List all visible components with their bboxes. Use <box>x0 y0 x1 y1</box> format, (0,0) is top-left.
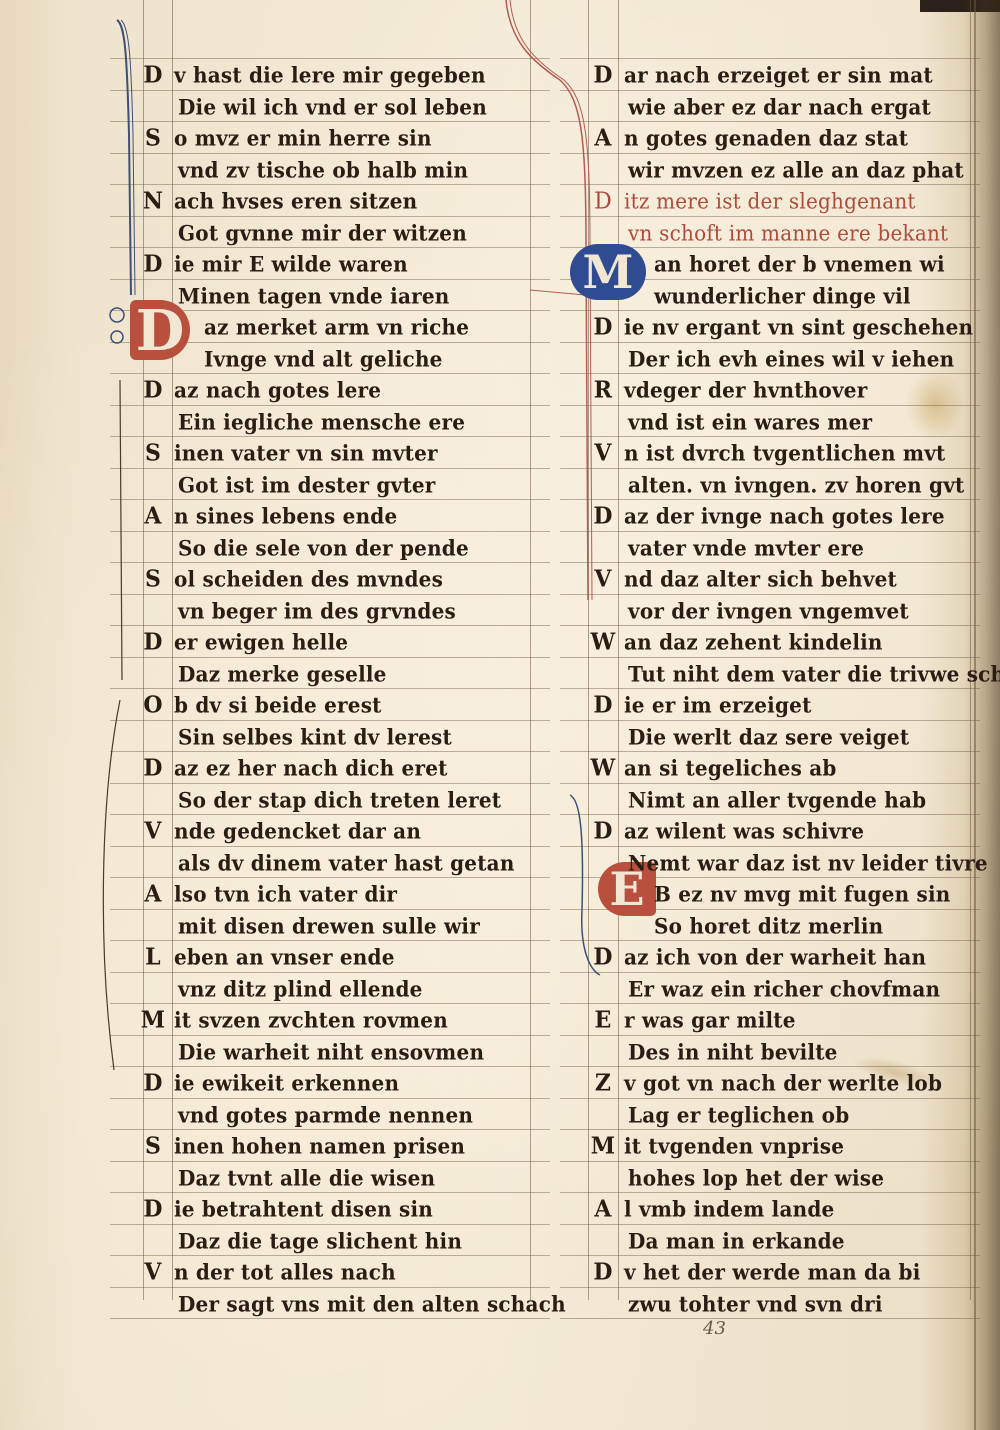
verse-text: lso tvn ich vater dir <box>174 878 397 911</box>
verse-line: Rvdeger der hvnthover <box>588 374 978 407</box>
verse-text: az ez her nach dich eret <box>174 752 448 785</box>
verse-text: wunderlicher dinge vil <box>654 280 911 313</box>
verse-text: zwu tohter vnd svn dri <box>628 1288 883 1321</box>
verse-line: vn schoft im manne ere bekant <box>588 217 978 250</box>
verse-text: vnd gotes parmde nennen <box>178 1099 473 1132</box>
verse-text: n ist dvrch tvgentlichen mvt <box>624 437 946 470</box>
verse-text: alten. vn ivngen. zv horen gvt <box>628 469 964 502</box>
verse-line: Sinen hohen namen prisen <box>138 1130 588 1163</box>
verse-line: Vn der tot alles nach <box>138 1256 588 1289</box>
line-initial: D <box>138 59 168 92</box>
verse-line: Leben an vnser ende <box>138 941 588 974</box>
verse-line: Ob dv si beide erest <box>138 689 588 722</box>
right-text-column: Dar nach erzeiget er sin matwie aber ez … <box>588 60 978 1320</box>
verse-line: alten. vn ivngen. zv horen gvt <box>588 469 978 502</box>
line-initial: Z <box>588 1067 618 1100</box>
verse-text: vnd zv tische ob halb min <box>178 154 468 187</box>
line-initial: V <box>588 437 618 470</box>
verse-line: Daz der ivnge nach gotes lere <box>588 500 978 533</box>
verse-line: Des in niht bevilte <box>588 1036 978 1069</box>
verse-line: Der ewigen helle <box>138 626 588 659</box>
verse-text: mit disen drewen sulle wir <box>178 910 480 943</box>
left-text-column: Dv hast die lere mir gegebenDie wil ich … <box>138 60 588 1320</box>
line-initial: M <box>138 1004 168 1037</box>
verse-line: Die wil ich vnd er sol leben <box>138 91 588 124</box>
verse-text: n sines lebens ende <box>174 500 397 533</box>
verse-text: itz mere ist der sleghgenant <box>624 185 916 218</box>
line-initial: D <box>588 815 618 848</box>
verse-text: az ich von der warheit han <box>624 941 926 974</box>
verse-text: Die wil ich vnd er sol leben <box>178 91 487 124</box>
folio-number: 43 <box>703 1318 726 1339</box>
verse-line: Da man in erkande <box>588 1225 978 1258</box>
verse-line: Sinen vater vn sin mvter <box>138 437 588 470</box>
verse-line: Nemt war daz ist nv leider tivre <box>588 847 978 880</box>
verse-text: vn schoft im manne ere bekant <box>628 217 948 250</box>
verse-text: o mvz er min herre sin <box>174 122 432 155</box>
verse-text: So die sele von der pende <box>178 532 469 565</box>
verse-line: vn beger im des grvndes <box>138 595 588 628</box>
verse-text: vor der ivngen vngemvet <box>628 595 909 628</box>
verse-line: Er waz ein richer chovfman <box>588 973 978 1006</box>
verse-line: an horet der b vnemen wi <box>588 248 978 281</box>
verse-line: Der ich evh eines wil v iehen <box>588 343 978 376</box>
verse-text: Minen tagen vnde iaren <box>178 280 450 313</box>
verse-text: v got vn nach der werlte lob <box>624 1067 942 1100</box>
verse-text: Des in niht bevilte <box>628 1036 838 1069</box>
verse-line: wie aber ez dar nach ergat <box>588 91 978 124</box>
verse-line: vnd ist ein wares mer <box>588 406 978 439</box>
line-initial: S <box>138 437 168 470</box>
verse-line: zwu tohter vnd svn dri <box>588 1288 978 1321</box>
verse-line: Minen tagen vnde iaren <box>138 280 588 313</box>
verse-text: Der sagt vns mit den alten schach <box>178 1288 566 1321</box>
verse-text: wie aber ez dar nach ergat <box>628 91 931 124</box>
line-initial: D <box>588 311 618 344</box>
verse-line: Die nv ergant vn sint geschehen <box>588 311 978 344</box>
line-initial: S <box>138 1130 168 1163</box>
verse-line: Mit tvgenden vnprise <box>588 1130 978 1163</box>
verse-line: Der sagt vns mit den alten schach <box>138 1288 588 1321</box>
line-initial: L <box>138 941 168 974</box>
verse-text: Lag er teglichen ob <box>628 1099 849 1132</box>
verse-line: Ditz mere ist der sleghgenant <box>588 185 978 218</box>
verse-line: Die betrahtent disen sin <box>138 1193 588 1226</box>
verse-text: inen hohen namen prisen <box>174 1130 465 1163</box>
verse-line: Die er im erzeiget <box>588 689 978 722</box>
line-initial: D <box>138 626 168 659</box>
verse-text: Er waz ein richer chovfman <box>628 973 940 1006</box>
verse-line: Vnde gedencket dar an <box>138 815 588 848</box>
manuscript-page: D M E Dv hast die lere mir gegebenDie wi… <box>0 0 1000 1430</box>
verse-text: v het der werde man da bi <box>624 1256 921 1289</box>
verse-line: So der stap dich treten leret <box>138 784 588 817</box>
line-initial: A <box>138 878 168 911</box>
verse-text: So der stap dich treten leret <box>178 784 501 817</box>
verse-line: Sol scheiden des mvndes <box>138 563 588 596</box>
verse-line: Dv het der werde man da bi <box>588 1256 978 1289</box>
verse-text: er ewigen helle <box>174 626 348 659</box>
verse-line: Zv got vn nach der werlte lob <box>588 1067 978 1100</box>
verse-line: Die ewikeit erkennen <box>138 1067 588 1100</box>
verse-line: vnd gotes parmde nennen <box>138 1099 588 1132</box>
verse-line: Daz ez her nach dich eret <box>138 752 588 785</box>
verse-line: Got gvnne mir der witzen <box>138 217 588 250</box>
verse-line: So die sele von der pende <box>138 532 588 565</box>
verse-text: ie betrahtent disen sin <box>174 1193 433 1226</box>
verse-line: So mvz er min herre sin <box>138 122 588 155</box>
verse-text: wir mvzen ez alle an daz phat <box>628 154 964 187</box>
verse-text: vdeger der hvnthover <box>624 374 867 407</box>
verse-text: Ivnge vnd alt geliche <box>204 343 443 376</box>
ink-pen-flourish <box>90 700 130 1080</box>
verse-line: Die mir E wilde waren <box>138 248 588 281</box>
verse-line: vor der ivngen vngemvet <box>588 595 978 628</box>
verse-text: hohes lop het der wise <box>628 1162 884 1195</box>
verse-text: vnz ditz plind ellende <box>178 973 423 1006</box>
verse-text: an horet der b vnemen wi <box>654 248 945 281</box>
verse-text: az der ivnge nach gotes lere <box>624 500 945 533</box>
line-initial: A <box>588 122 618 155</box>
ink-pen-flourish <box>100 380 140 700</box>
line-initial: D <box>138 374 168 407</box>
verse-line: Daz wilent was schivre <box>588 815 978 848</box>
verse-line: wunderlicher dinge vil <box>588 280 978 313</box>
verse-line: Vnd daz alter sich behvet <box>588 563 978 596</box>
verse-line: Daz tvnt alle die wisen <box>138 1162 588 1195</box>
verse-line: vnd zv tische ob halb min <box>138 154 588 187</box>
verse-line: Die warheit niht ensovmen <box>138 1036 588 1069</box>
verse-line: als dv dinem vater hast getan <box>138 847 588 880</box>
verse-text: it tvgenden vnprise <box>624 1130 844 1163</box>
verse-text: r was gar milte <box>624 1004 796 1037</box>
verse-line: Sin selbes kint dv lerest <box>138 721 588 754</box>
verse-text: Daz merke geselle <box>178 658 387 691</box>
line-initial: V <box>138 815 168 848</box>
verse-text: nd daz alter sich behvet <box>624 563 897 596</box>
verse-text: Die warheit niht ensovmen <box>178 1036 484 1069</box>
verse-text: vn beger im des grvndes <box>178 595 456 628</box>
verse-line: Lag er teglichen ob <box>588 1099 978 1132</box>
verse-line: B ez nv mvg mit fugen sin <box>588 878 978 911</box>
verse-text: v hast die lere mir gegeben <box>174 59 486 92</box>
verse-line: An gotes genaden daz stat <box>588 122 978 155</box>
verse-text: als dv dinem vater hast getan <box>178 847 515 880</box>
verse-text: Die werlt daz sere veiget <box>628 721 909 754</box>
line-initial: D <box>138 752 168 785</box>
verse-text: Got ist im dester gvter <box>178 469 436 502</box>
line-initial: A <box>588 1193 618 1226</box>
line-initial: D <box>588 689 618 722</box>
verse-text: nde gedencket dar an <box>174 815 421 848</box>
verse-line: Nach hvses eren sitzen <box>138 185 588 218</box>
verse-line: An sines lebens ende <box>138 500 588 533</box>
verse-line: vater vnde mvter ere <box>588 532 978 565</box>
verse-line: Dar nach erzeiget er sin mat <box>588 59 978 92</box>
verse-line: Nimt an aller tvgende hab <box>588 784 978 817</box>
verse-text: az wilent was schivre <box>624 815 864 848</box>
verse-text: Der ich evh eines wil v iehen <box>628 343 954 376</box>
verse-text: Nemt war daz ist nv leider tivre <box>628 847 988 880</box>
verse-text: Sin selbes kint dv lerest <box>178 721 452 754</box>
line-initial: A <box>138 500 168 533</box>
verse-line: Wan si tegeliches ab <box>588 752 978 785</box>
line-initial: V <box>588 563 618 596</box>
verse-line: Daz die tage slichent hin <box>138 1225 588 1258</box>
verse-line: Dv hast die lere mir gegeben <box>138 59 588 92</box>
verse-text: Got gvnne mir der witzen <box>178 217 467 250</box>
verse-text: Ein iegliche mensche ere <box>178 406 465 439</box>
verse-text: vater vnde mvter ere <box>628 532 864 565</box>
line-initial: V <box>138 1256 168 1289</box>
verse-text: ach hvses eren sitzen <box>174 185 417 218</box>
verse-text: ie mir E wilde waren <box>174 248 408 281</box>
verse-text: b dv si beide erest <box>174 689 382 722</box>
line-initial: D <box>138 1193 168 1226</box>
verse-text: ie ewikeit erkennen <box>174 1067 399 1100</box>
verse-text: az nach gotes lere <box>174 374 381 407</box>
line-initial: W <box>588 752 618 785</box>
verse-text: ie er im erzeiget <box>624 689 812 722</box>
line-initial: W <box>588 626 618 659</box>
verse-line: So horet ditz merlin <box>588 910 978 943</box>
verse-line: mit disen drewen sulle wir <box>138 910 588 943</box>
verse-text: ar nach erzeiget er sin mat <box>624 59 933 92</box>
verse-text: an si tegeliches ab <box>624 752 837 785</box>
verse-text: it svzen zvchten rovmen <box>174 1004 448 1037</box>
line-initial: D <box>138 1067 168 1100</box>
line-initial: N <box>138 185 168 218</box>
verse-text: ol scheiden des mvndes <box>174 563 443 596</box>
verse-text: B ez nv mvg mit fugen sin <box>654 878 950 911</box>
line-initial: D <box>588 59 618 92</box>
verse-text: an daz zehent kindelin <box>624 626 883 659</box>
verse-text: vnd ist ein wares mer <box>628 406 872 439</box>
verse-text: Daz die tage slichent hin <box>178 1225 462 1258</box>
verse-line: Er was gar milte <box>588 1004 978 1037</box>
verse-text: inen vater vn sin mvter <box>174 437 438 470</box>
line-initial: D <box>138 248 168 281</box>
verse-line: Vn ist dvrch tvgentlichen mvt <box>588 437 978 470</box>
line-initial: D <box>588 1256 618 1289</box>
verse-line: Wan daz zehent kindelin <box>588 626 978 659</box>
verse-text: So horet ditz merlin <box>654 910 883 943</box>
line-initial: E <box>588 1004 618 1037</box>
verse-line: Mit svzen zvchten rovmen <box>138 1004 588 1037</box>
verse-text: l vmb indem lande <box>624 1193 834 1226</box>
line-initial: D <box>588 185 618 218</box>
verse-line: Ivnge vnd alt geliche <box>138 343 588 376</box>
verse-line: Also tvn ich vater dir <box>138 878 588 911</box>
verse-text: eben an vnser ende <box>174 941 395 974</box>
verse-line: Daz merke geselle <box>138 658 588 691</box>
line-initial: M <box>588 1130 618 1163</box>
verse-text: Daz tvnt alle die wisen <box>178 1162 435 1195</box>
verse-text: n der tot alles nach <box>174 1256 396 1289</box>
verse-text: Nimt an aller tvgende hab <box>628 784 926 817</box>
verse-line: Daz ich von der warheit han <box>588 941 978 974</box>
verse-line: az merket arm vn riche <box>138 311 588 344</box>
verse-line: Tut niht dem vater die trivwe schin <box>588 658 978 691</box>
verse-line: wir mvzen ez alle an daz phat <box>588 154 978 187</box>
verse-text: n gotes genaden daz stat <box>624 122 908 155</box>
line-initial: S <box>138 563 168 596</box>
line-initial: O <box>138 689 168 722</box>
line-initial: D <box>588 941 618 974</box>
verse-line: Got ist im dester gvter <box>138 469 588 502</box>
verse-line: Ein iegliche mensche ere <box>138 406 588 439</box>
verse-text: Tut niht dem vater die trivwe schin <box>628 658 1000 691</box>
verse-line: Daz nach gotes lere <box>138 374 588 407</box>
verse-line: vnz ditz plind ellende <box>138 973 588 1006</box>
verse-text: ie nv ergant vn sint geschehen <box>624 311 973 344</box>
line-initial: R <box>588 374 618 407</box>
verse-text: Da man in erkande <box>628 1225 845 1258</box>
verse-line: hohes lop het der wise <box>588 1162 978 1195</box>
verse-text: az merket arm vn riche <box>204 311 469 344</box>
verse-line: Al vmb indem lande <box>588 1193 978 1226</box>
line-initial: S <box>138 122 168 155</box>
verse-line: Die werlt daz sere veiget <box>588 721 978 754</box>
line-initial: D <box>588 500 618 533</box>
